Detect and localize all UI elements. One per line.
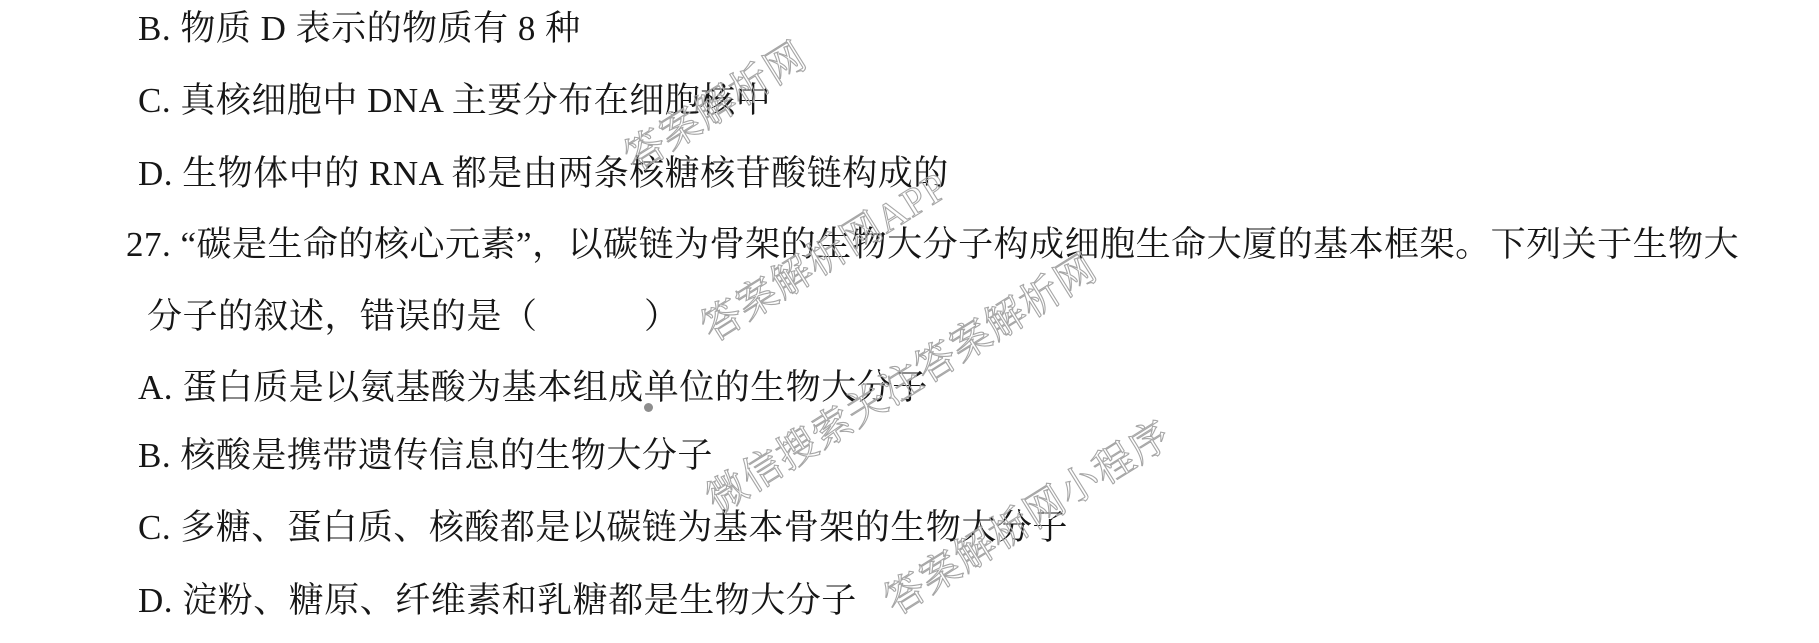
prev-question-option-b: B. 物质 D 表示的物质有 8 种 bbox=[138, 10, 581, 48]
question-27-stem-line-1: 27. “碳是生命的核心元素”，以碳链为骨架的生物大分子构成细胞生命大厦的基本框… bbox=[126, 226, 1739, 264]
question-27-stem-line-2: 分子的叙述，错误的是（ ） bbox=[147, 298, 680, 336]
question-27-option-d: D. 淀粉、糖原、纤维素和乳糖都是生物大分子 bbox=[138, 582, 857, 620]
stray-dot-artifact bbox=[644, 403, 653, 412]
question-27-option-b: B. 核酸是携带遗传信息的生物大分子 bbox=[138, 437, 713, 475]
question-27-option-c: C. 多糖、蛋白质、核酸都是以碳链为基本骨架的生物大分子 bbox=[138, 509, 1068, 547]
prev-question-option-c: C. 真核细胞中 DNA 主要分布在细胞核中 bbox=[138, 82, 771, 120]
scanned-exam-page: B. 物质 D 表示的物质有 8 种 C. 真核细胞中 DNA 主要分布在细胞核… bbox=[0, 0, 1819, 643]
prev-question-option-d: D. 生物体中的 RNA 都是由两条核糖核苷酸链构成的 bbox=[138, 155, 949, 193]
question-27-option-a: A. 蛋白质是以氨基酸为基本组成单位的生物大分子 bbox=[138, 369, 928, 407]
